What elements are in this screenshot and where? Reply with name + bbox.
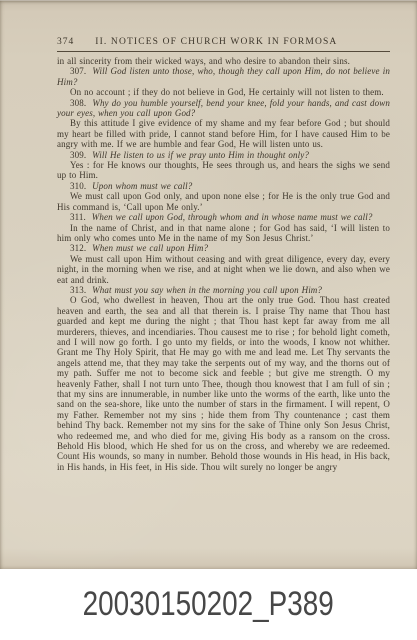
continuation-paragraph: in all sincerity from their wicked ways,… [57,56,390,66]
question-paragraph: 309. Will He listen to us if we pray unt… [57,150,390,160]
page-content: 374 II. NOTICES OF CHURCH WORK IN FORMOS… [57,36,390,472]
header-rule [57,51,390,53]
answer-paragraph: By this attitude I give evidence of my s… [57,118,390,149]
question-paragraph: 310. Upon whom must we call? [57,181,390,191]
question-number: 313. [70,285,89,295]
question-paragraph: 311. When we call upon God, through whom… [57,212,390,222]
question-number: 308. [70,98,89,108]
question-number: 309. [70,150,89,160]
answer-paragraph: We must call upon Him without ceasing an… [57,254,390,285]
scan-id-label: 20030150202_P389 [83,585,334,624]
book-page-scan: 374 II. NOTICES OF CHURCH WORK IN FORMOS… [0,0,417,569]
question-number: 311. [70,212,89,222]
question-number: 310. [70,181,89,191]
question-number: 307. [70,66,89,76]
question-text: When we call upon God, through whom and … [89,212,373,222]
question-paragraph: 313. What must you say when in the morni… [57,285,390,295]
question-number: 312. [70,243,89,253]
question-text: Why do you humble yourself, bend your kn… [57,98,390,118]
answer-paragraph: We must call upon God only, and upon non… [57,191,390,212]
answer-paragraph: Yes : for He knows our thoughts, He sees… [57,160,390,181]
body-text: in all sincerity from their wicked ways,… [57,56,390,472]
answer-paragraph: On no account ; if they do not believe i… [57,87,390,97]
question-text: Will God listen unto those, who, though … [57,66,390,86]
question-text: When must we call upon Him? [89,243,208,253]
running-title: II. NOTICES OF CHURCH WORK IN FORMOSA [95,36,390,48]
question-paragraph: 307. Will God listen unto those, who, th… [57,66,390,87]
question-text: What must you say when in the morning yo… [89,285,322,295]
question-text: Will He listen to us if we pray unto Him… [89,150,309,160]
question-text: Upon whom must we call? [89,181,192,191]
label-strip: 20030150202_P389 [0,569,417,640]
question-paragraph: 308. Why do you humble yourself, bend yo… [57,98,390,119]
page-number: 374 [57,36,74,48]
screenshot: 374 II. NOTICES OF CHURCH WORK IN FORMOS… [0,0,417,640]
page-header: 374 II. NOTICES OF CHURCH WORK IN FORMOS… [57,36,390,48]
question-paragraph: 312. When must we call upon Him? [57,243,390,253]
answer-paragraph: In the name of Christ, and in that name … [57,223,390,244]
answer-paragraph: O God, who dwellest in heaven, Thou art … [57,295,390,472]
